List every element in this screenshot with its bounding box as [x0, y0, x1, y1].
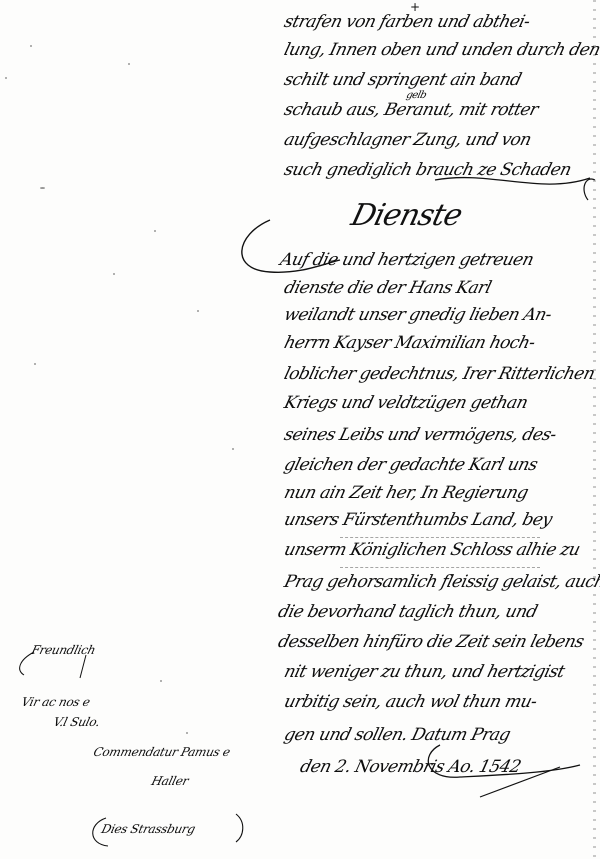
text-line: Auf die und hertzigen getreuen [278, 250, 583, 270]
text-line: dienste die der Hans Karl [282, 278, 587, 298]
text-line: nun ain Zeit her, In Regierung [282, 483, 587, 503]
text-line: gen und sollen. Datum Prag [282, 725, 587, 745]
margin-note: Vir ac nos e [20, 695, 91, 709]
text-line: loblicher gedechtnus, Irer Ritterlichen [282, 364, 587, 384]
text-line: weilandt unser gnedig lieben An- [282, 305, 587, 325]
text-line: desselben hinfüro die Zeit sein lebens [276, 632, 581, 652]
text-line: strafen von farben und abthei- [282, 12, 587, 32]
text-line: Prag gehorsamlich fleissig gelaist, auch [282, 572, 587, 592]
text-line: herrn Kayser Maximilian hoch- [282, 333, 587, 353]
text-line: unsers Fürstenthumbs Land, bey [282, 510, 587, 530]
paper-speck [186, 732, 188, 734]
dotted-underline [340, 567, 540, 568]
text-line: nit weniger zu thun, und hertzigist [282, 662, 587, 682]
text-line: schaub aus, Beranut, mit rotter [282, 100, 587, 120]
margin-note-signature: Dies Strassburg [100, 822, 197, 836]
paper-speck [128, 63, 130, 65]
manuscript-page: + strafen von farben und abthei- lung, I… [0, 0, 600, 859]
text-line: die bevorhand taglich thun, und [276, 602, 581, 622]
text-line: urbitig sein, auch wol thun mu- [282, 692, 587, 712]
paper-speck [197, 310, 199, 312]
paper-speck [30, 45, 32, 47]
margin-note: V.l Sulo. [52, 715, 101, 729]
margin-note: Haller [150, 774, 190, 788]
paper-speck [113, 273, 115, 275]
paper-speck [160, 680, 162, 682]
binding-edge [593, 0, 596, 859]
margin-note: Freundlich [30, 643, 97, 657]
text-line: seines Leibs und vermögens, des- [282, 425, 587, 445]
text-line: aufgeschlagner Zung, und von [282, 130, 587, 150]
paper-speck [232, 448, 234, 450]
paper-speck [34, 363, 36, 365]
paper-speck [40, 187, 45, 189]
section-heading: Dienste [348, 198, 466, 233]
paper-speck [5, 77, 7, 79]
text-line: schilt und springent ain band [282, 70, 587, 90]
text-line: such gnediglich brauch ze Schaden [282, 160, 587, 180]
text-line: gleichen der gedachte Karl uns [282, 455, 587, 475]
date-line: den 2. Novembris Ao. 1542 [298, 757, 600, 777]
text-line: lung, Innen oben und unden durch den [282, 40, 587, 60]
text-line: Kriegs und veldtzügen gethan [282, 393, 587, 413]
margin-note: Commendatur Pamus e [92, 745, 232, 759]
dotted-underline [340, 537, 540, 538]
text-line: unserm Königlichen Schloss alhie zu [282, 540, 587, 560]
paper-speck [154, 230, 156, 232]
